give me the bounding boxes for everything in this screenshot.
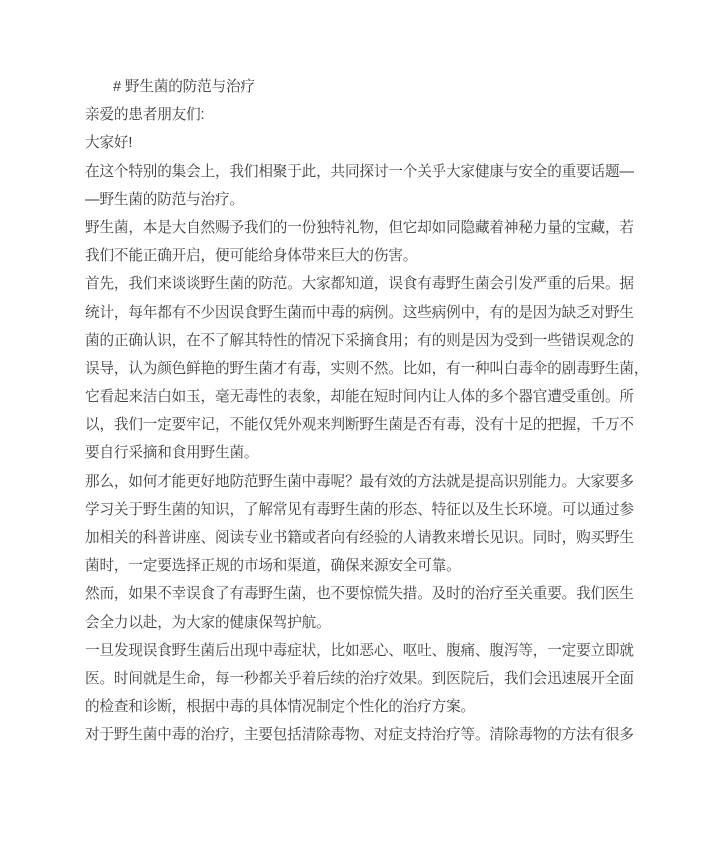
- text-line: 会全力以赴，为大家的健康保驾护航。: [85, 609, 647, 637]
- text-line: 大家好!: [85, 129, 647, 157]
- text-line: 的检查和诊断，根据中毒的具体情况制定个性化的治疗方案。: [85, 693, 647, 721]
- text-line: 然而，如果不幸误食了有毒野生菌，也不要惊慌失措。及时的治疗至关重要。我们医生: [85, 580, 647, 608]
- text-line: —野生菌的防范与治疗。: [85, 186, 647, 214]
- text-line: 以，我们一定要牢记，不能仅凭外观来判断野生菌是否有毒，没有十足的把握，千万不: [85, 411, 647, 439]
- document-page: # 野生菌的防范与治疗亲爱的患者朋友们:大家好!在这个特别的集会上，我们相聚于此…: [0, 0, 708, 841]
- text-line: 医。时间就是生命，每一秒都关乎着后续的治疗效果。到医院后，我们会迅速展开全面: [85, 665, 647, 693]
- text-line: 加相关的科普讲座、阅读专业书籍或者向有经验的人请教来增长见识。同时，购买野生: [85, 524, 647, 552]
- text-line: 一旦发现误食野生菌后出现中毒症状，比如恶心、呕吐、腹痛、腹泻等，一定要立即就: [85, 637, 647, 665]
- text-line: 误导，认为颜色鲜艳的野生菌才有毒，实则不然。比如，有一种叫白毒伞的剧毒野生菌，: [85, 355, 647, 383]
- text-line: 要自行采摘和食用野生菌。: [85, 439, 647, 467]
- text-line: 野生菌，本是大自然赐予我们的一份独特礼物，但它却如同隐藏着神秘力量的宝藏，若: [85, 214, 647, 242]
- text-line: 那么，如何才能更好地防范野生菌中毒呢？最有效的方法就是提高识别能力。大家要多: [85, 468, 647, 496]
- document-body: # 野生菌的防范与治疗亲爱的患者朋友们:大家好!在这个特别的集会上，我们相聚于此…: [85, 73, 647, 750]
- text-line: 在这个特别的集会上，我们相聚于此，共同探讨一个关乎大家健康与安全的重要话题—: [85, 158, 647, 186]
- text-line: 统计，每年都有不少因误食野生菌而中毒的病例。这些病例中，有的是因为缺乏对野生: [85, 299, 647, 327]
- text-line: 菌时，一定要选择正规的市场和渠道，确保来源安全可靠。: [85, 552, 647, 580]
- text-line: 对于野生菌中毒的治疗，主要包括清除毒物、对症支持治疗等。清除毒物的方法有很多: [85, 721, 647, 749]
- document-heading-line: # 野生菌的防范与治疗: [85, 73, 647, 101]
- text-line: 我们不能正确开启，便可能给身体带来巨大的伤害。: [85, 242, 647, 270]
- text-line: 亲爱的患者朋友们:: [85, 101, 647, 129]
- text-line: 学习关于野生菌的知识，了解常见有毒野生菌的形态、特征以及生长环境。可以通过参: [85, 496, 647, 524]
- text-line: 菌的正确认识，在不了解其特性的情况下采摘食用；有的则是因为受到一些错误观念的: [85, 327, 647, 355]
- text-line: 它看起来洁白如玉，毫无毒性的表象，却能在短时间内让人体的多个器官遭受重创。所: [85, 383, 647, 411]
- text-line: 首先，我们来谈谈野生菌的防范。大家都知道，误食有毒野生菌会引发严重的后果。据: [85, 270, 647, 298]
